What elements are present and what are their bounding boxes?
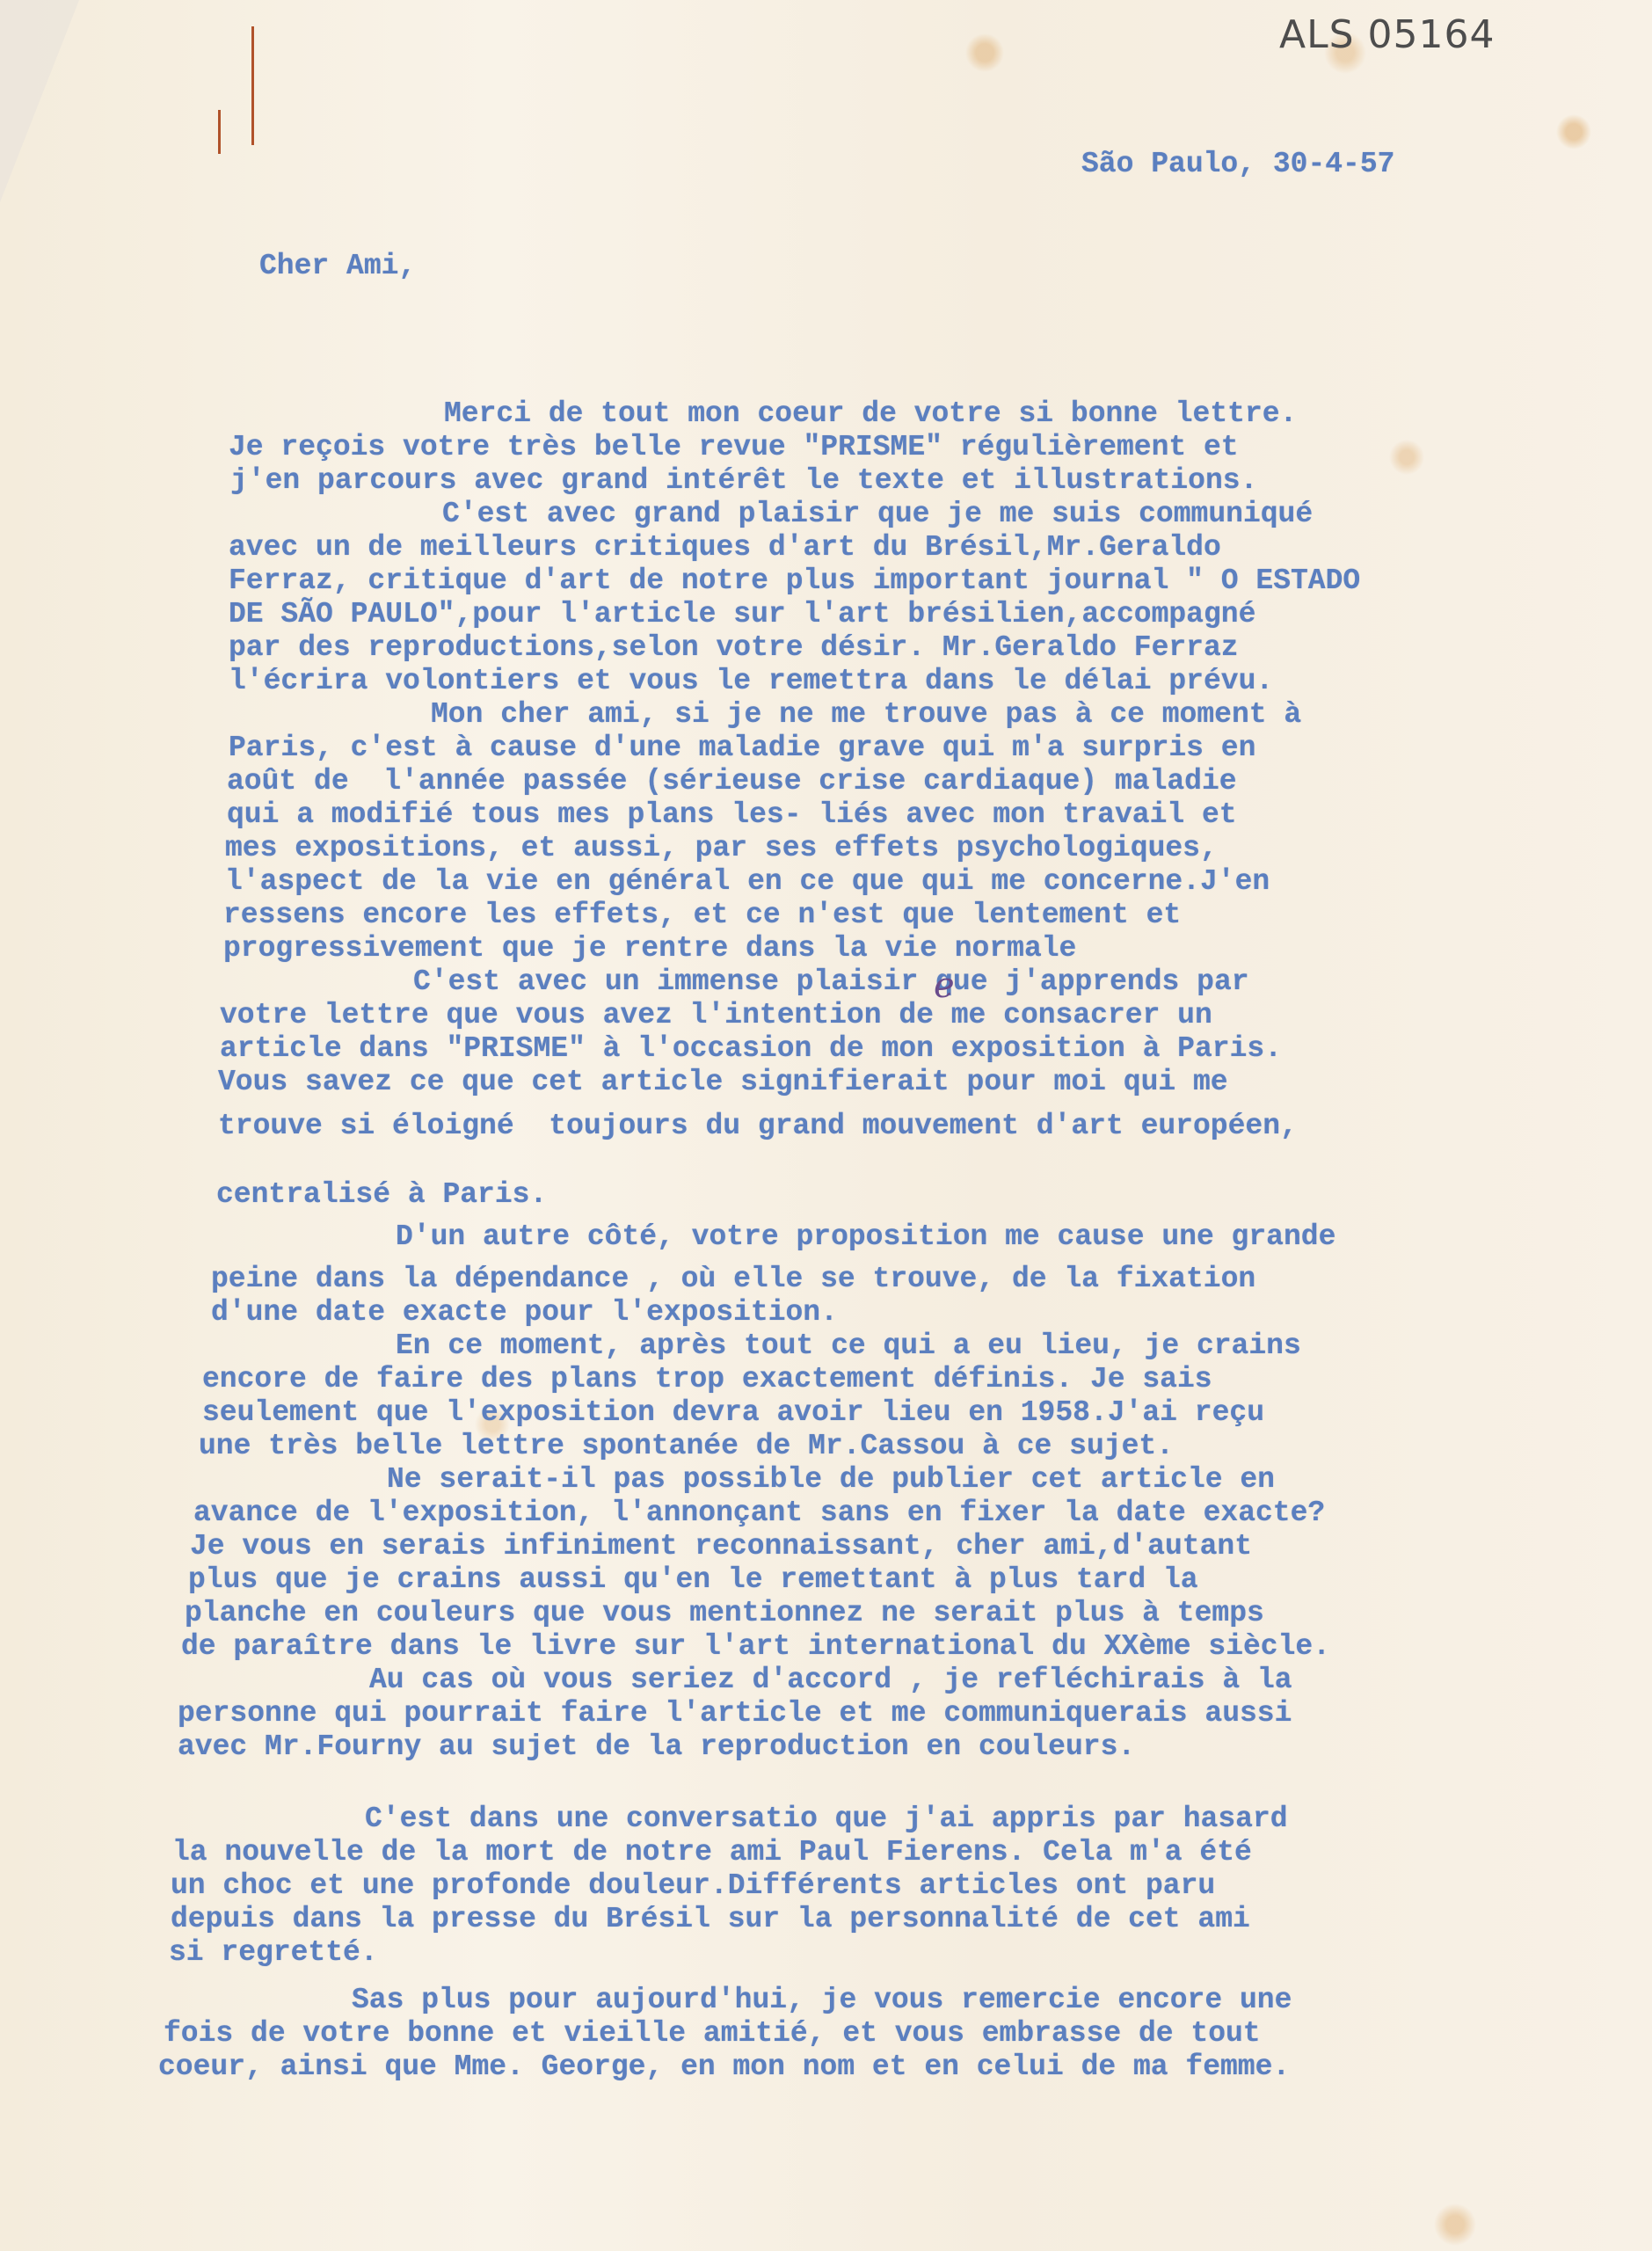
- folded-corner: [0, 0, 79, 202]
- letter-line: qui a modifié tous mes plans les- liés a…: [227, 798, 1237, 831]
- letter-line: personne qui pourrait faire l'article et…: [178, 1697, 1292, 1730]
- letter-line: peine dans la dépendance , où elle se tr…: [211, 1263, 1255, 1295]
- letter-line: par des reproductions,selon votre désir.…: [229, 631, 1239, 664]
- salutation: Cher Ami,: [259, 250, 416, 282]
- dateline: São Paulo, 30-4-57: [1081, 148, 1394, 180]
- letter-line: la nouvelle de la mort de notre ami Paul…: [172, 1836, 1252, 1869]
- letter-line: DE SÃO PAULO",pour l'article sur l'art b…: [229, 598, 1255, 630]
- letter-line: Ferraz, critique d'art de notre plus imp…: [229, 565, 1360, 597]
- letter-line: fois de votre bonne et vieille amitié, e…: [164, 2017, 1261, 2050]
- archive-id: ALS 05164: [1279, 12, 1496, 57]
- letter-line: Vous savez ce que cet article signifiera…: [218, 1066, 1228, 1098]
- letter-line: coeur, ainsi que Mme. George, en mon nom…: [158, 2051, 1290, 2083]
- letter-line: plus que je crains aussi qu'en le remett…: [188, 1563, 1198, 1596]
- letter-line: planche en couleurs que vous mentionnez …: [185, 1597, 1264, 1629]
- letter-line: d'une date exacte pour l'exposition.: [211, 1296, 838, 1329]
- letter-line: Je vous en serais infiniment reconnaissa…: [190, 1530, 1252, 1563]
- letter-line: Au cas où vous seriez d'accord , je refl…: [369, 1664, 1292, 1696]
- letter-line: si regretté.: [169, 1936, 378, 1969]
- letter-line: article dans "PRISME" à l'occasion de mo…: [220, 1032, 1282, 1065]
- letter-line: encore de faire des plans trop exactemen…: [202, 1363, 1212, 1395]
- letter-line: l'écrira volontiers et vous le remettra …: [229, 665, 1273, 697]
- letter-line: avec un de meilleurs critiques d'art du …: [229, 531, 1221, 564]
- letter-line: depuis dans la presse du Brésil sur la p…: [171, 1903, 1250, 1935]
- letter-line: un choc et une profonde douleur.Différen…: [171, 1869, 1215, 1902]
- letter-line: progressivement que je rentre dans la vi…: [223, 932, 1076, 965]
- letter-line: centralisé à Paris.: [216, 1178, 547, 1211]
- letter-line: avance de l'exposition, l'annonçant sans…: [193, 1497, 1325, 1529]
- letter-line: Sas plus pour aujourd'hui, je vous remer…: [352, 1984, 1292, 2016]
- letter-line: C'est dans une conversatio que j'ai appr…: [365, 1803, 1288, 1835]
- letter-line: Mon cher ami, si je ne me trouve pas à c…: [431, 698, 1301, 731]
- letter-line: Paris, c'est à cause d'une maladie grave…: [229, 732, 1255, 764]
- letter-line: En ce moment, après tout ce qui a eu lie…: [396, 1329, 1301, 1362]
- letter-line: Ne serait-il pas possible de publier cet…: [387, 1463, 1275, 1496]
- letter-line: Je reçois votre très belle revue "PRISME…: [229, 431, 1239, 463]
- letter-line: j'en parcours avec grand intérêt le text…: [230, 464, 1257, 497]
- letter-line: trouve si éloigné toujours du grand mouv…: [218, 1110, 1298, 1142]
- handwritten-correction: e: [934, 965, 955, 1006]
- red-margin-mark: [251, 26, 254, 145]
- letter-line: D'un autre côté, votre proposition me ca…: [396, 1220, 1335, 1253]
- red-margin-mark-small: [218, 110, 221, 154]
- letter-line: C'est avec un immense plaisir que j'appr…: [413, 965, 1249, 998]
- letter-line: Merci de tout mon coeur de votre si bonn…: [444, 397, 1297, 430]
- letter-line: de paraître dans le livre sur l'art inte…: [181, 1630, 1330, 1663]
- letter-line: ressens encore les effets, et ce n'est q…: [223, 899, 1181, 931]
- letter-line: seulement que l'exposition devra avoir l…: [202, 1396, 1264, 1429]
- letter-line: votre lettre que vous avez l'intention d…: [220, 999, 1212, 1031]
- letter-line: août de l'année passée (sérieuse crise c…: [227, 765, 1237, 798]
- letter-line: avec Mr.Fourny au sujet de la reproducti…: [178, 1730, 1135, 1763]
- letter-line: l'aspect de la vie en général en ce que …: [225, 865, 1270, 898]
- letter-line: mes expositions, et aussi, par ses effet…: [225, 832, 1218, 864]
- letter-line: une très belle lettre spontanée de Mr.Ca…: [199, 1430, 1174, 1462]
- letter-line: C'est avec grand plaisir que je me suis …: [442, 498, 1313, 530]
